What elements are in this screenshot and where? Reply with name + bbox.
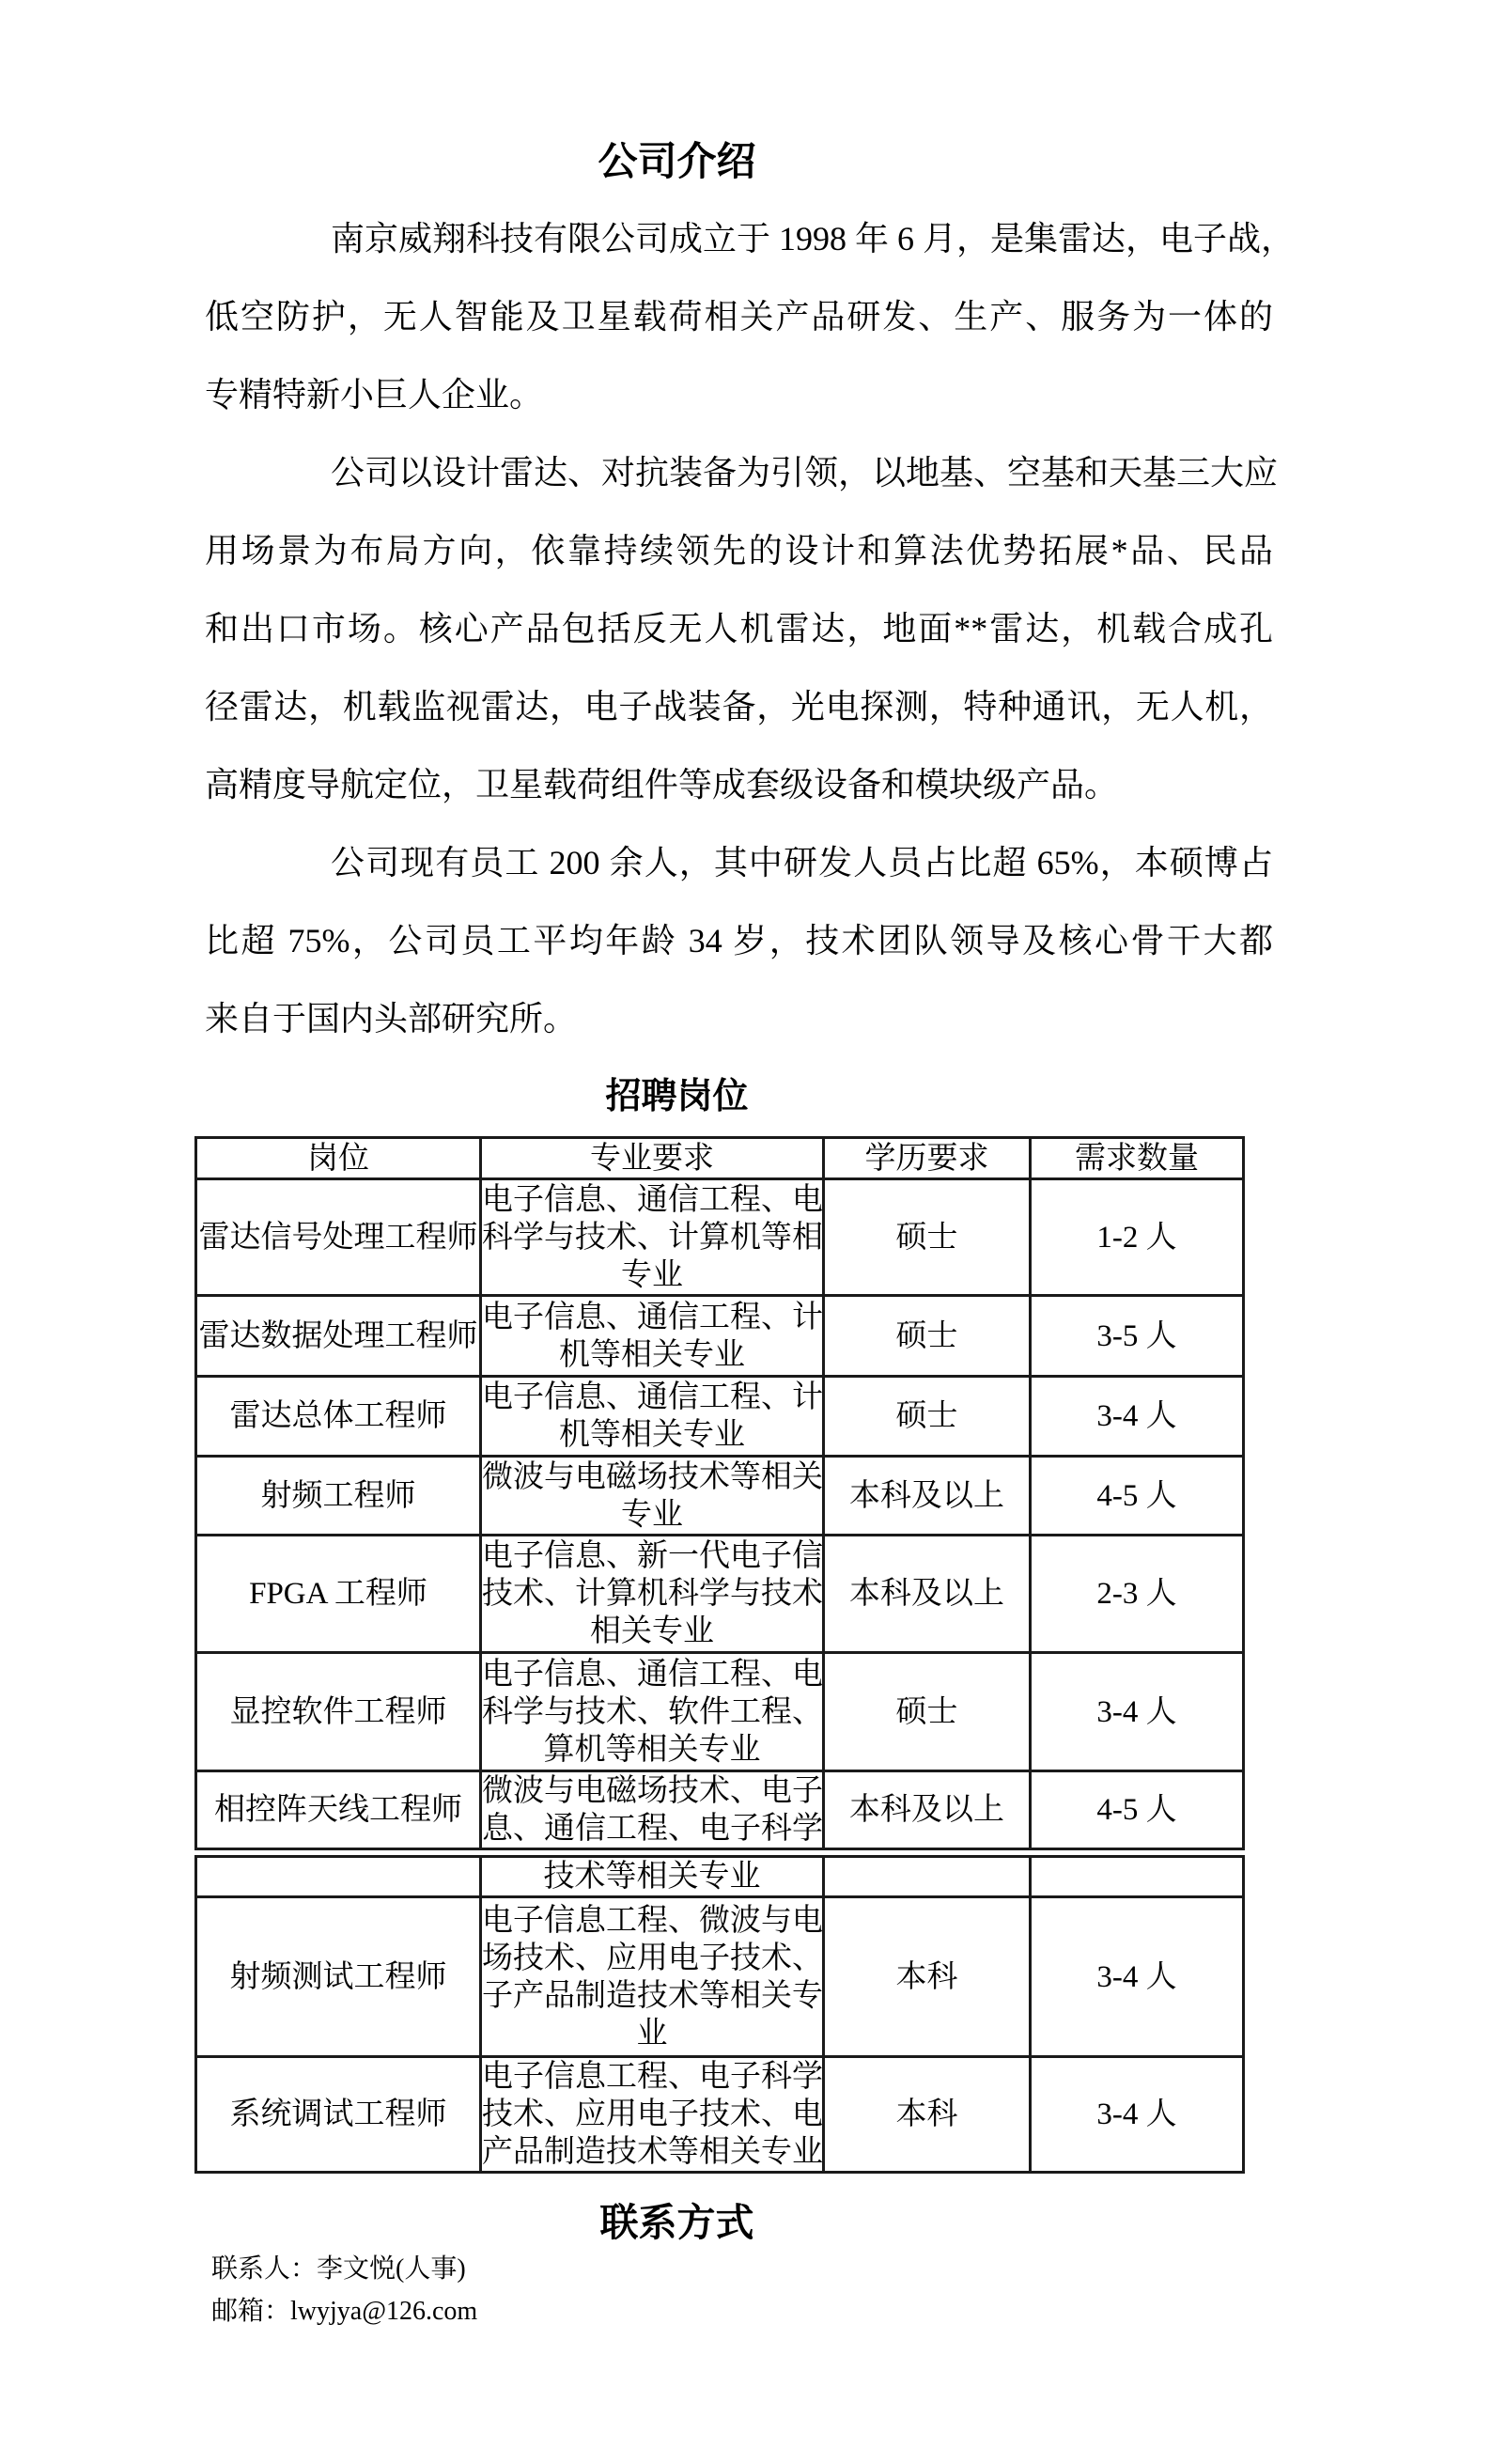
major-line: 相关专业 bbox=[482, 1613, 822, 1650]
major-line: 机等相关专业 bbox=[482, 1416, 822, 1454]
job-count: 3-5 人 bbox=[1031, 1296, 1244, 1377]
job-count: 3-4 人 bbox=[1031, 1897, 1244, 2057]
major-line: 电子信息工程、微波与电磁 bbox=[482, 1902, 822, 1940]
job-count: 3-4 人 bbox=[1031, 1377, 1244, 1457]
table-row: 雷达信号处理工程师 电子信息、通信工程、电子 科学与技术、计算机等相关 专业 硕… bbox=[196, 1179, 1244, 1296]
job-position: 显控软件工程师 bbox=[196, 1653, 481, 1771]
major-line: 科学与技术、计算机等相关 bbox=[482, 1219, 822, 1256]
jobs-section-heading: 招聘岗位 bbox=[143, 1058, 1211, 1136]
job-major: 电子信息、通信工程、电子 科学与技术、计算机等相关 专业 bbox=[481, 1179, 824, 1296]
job-degree: 本科 bbox=[824, 1897, 1031, 2057]
paragraph-line: 专精特新小巨人企业。 bbox=[205, 356, 1273, 434]
column-header-count: 需求数量 bbox=[1031, 1138, 1244, 1179]
job-major: 微波与电磁场技术、电子信 息、通信工程、电子科学与 bbox=[481, 1771, 824, 1849]
job-major: 技术等相关专业 bbox=[481, 1857, 824, 1897]
intro-paragraph-2: 公司以设计雷达、对抗装备为引领，以地基、空基和天基三大应 用场景为布局方向，依靠… bbox=[205, 434, 1273, 824]
major-line: 专业 bbox=[482, 1496, 822, 1534]
contact-person-label: 联系人： bbox=[211, 2254, 317, 2284]
table-row: FPGA 工程师 电子信息、新一代电子信息 技术、计算机科学与技术等 相关专业 … bbox=[196, 1536, 1244, 1653]
page-title: 公司介绍 bbox=[143, 122, 1211, 200]
major-line: 技术、计算机科学与技术等 bbox=[482, 1575, 822, 1613]
table-row: 雷达数据处理工程师 电子信息、通信工程、计算 机等相关专业 硕士 3-5 人 bbox=[196, 1296, 1244, 1377]
job-degree: 本科 bbox=[824, 2057, 1031, 2173]
job-degree: 硕士 bbox=[824, 1179, 1031, 1296]
major-line: 电子信息、通信工程、电子 bbox=[482, 1181, 822, 1219]
major-line: 机等相关专业 bbox=[482, 1336, 822, 1374]
table-row: 射频工程师 微波与电磁场技术等相关 专业 本科及以上 4-5 人 bbox=[196, 1457, 1244, 1536]
major-line: 算机等相关专业 bbox=[482, 1731, 822, 1769]
contact-person-value: 李文悦(人事) bbox=[317, 2254, 466, 2284]
major-line: 子产品制造技术等相关专 bbox=[482, 1977, 822, 2015]
job-position: FPGA 工程师 bbox=[196, 1536, 481, 1653]
major-line: 业 bbox=[482, 2015, 822, 2052]
job-count: 3-4 人 bbox=[1031, 1653, 1244, 1771]
major-line: 科学与技术、软件工程、计 bbox=[482, 1693, 822, 1731]
contact-email-value: lwyjya@126.com bbox=[290, 2297, 477, 2326]
job-position: 雷达总体工程师 bbox=[196, 1377, 481, 1457]
major-line: 电子信息、通信工程、计算 bbox=[482, 1379, 822, 1416]
job-degree: 本科及以上 bbox=[824, 1536, 1031, 1653]
table-header-row: 岗位 专业要求 学历要求 需求数量 bbox=[196, 1138, 1244, 1179]
paragraph-line: 低空防护，无人智能及卫星载荷相关产品研发、生产、服务为一体的 bbox=[205, 278, 1273, 356]
job-degree bbox=[824, 1857, 1031, 1897]
contact-email-label: 邮箱： bbox=[211, 2297, 290, 2326]
job-count: 2-3 人 bbox=[1031, 1536, 1244, 1653]
job-degree: 硕士 bbox=[824, 1653, 1031, 1771]
major-line: 微波与电磁场技术、电子信 bbox=[482, 1772, 822, 1810]
job-degree: 本科及以上 bbox=[824, 1457, 1031, 1536]
paragraph-line: 径雷达，机载监视雷达，电子战装备，光电探测，特种通讯，无人机， bbox=[205, 668, 1273, 746]
major-line: 电子信息工程、电子科学与 bbox=[482, 2058, 822, 2096]
job-count: 4-5 人 bbox=[1031, 1771, 1244, 1849]
paragraph-line: 公司以设计雷达、对抗装备为引领，以地基、空基和天基三大应 bbox=[205, 434, 1273, 512]
job-position: 射频工程师 bbox=[196, 1457, 481, 1536]
column-header-degree: 学历要求 bbox=[824, 1138, 1031, 1179]
job-count: 4-5 人 bbox=[1031, 1457, 1244, 1536]
table-row: 系统调试工程师 电子信息工程、电子科学与 技术、应用电子技术、电子 产品制造技术… bbox=[196, 2057, 1244, 2173]
major-line: 电子信息、通信工程、电子 bbox=[482, 1656, 822, 1693]
job-degree: 硕士 bbox=[824, 1296, 1031, 1377]
table-row: 雷达总体工程师 电子信息、通信工程、计算 机等相关专业 硕士 3-4 人 bbox=[196, 1377, 1244, 1457]
jobs-table-part-1: 岗位 专业要求 学历要求 需求数量 雷达信号处理工程师 电子信息、通信工程、电子… bbox=[194, 1136, 1245, 1850]
paragraph-line: 来自于国内头部研究所。 bbox=[205, 980, 1273, 1058]
table-row-continuation: 技术等相关专业 bbox=[196, 1857, 1244, 1897]
job-count: 3-4 人 bbox=[1031, 2057, 1244, 2173]
job-major: 电子信息、通信工程、计算 机等相关专业 bbox=[481, 1296, 824, 1377]
job-major: 电子信息工程、微波与电磁 场技术、应用电子技术、电 子产品制造技术等相关专 业 bbox=[481, 1897, 824, 2057]
paragraph-line: 高精度导航定位，卫星载荷组件等成套级设备和模块级产品。 bbox=[205, 746, 1273, 824]
table-row: 相控阵天线工程师 微波与电磁场技术、电子信 息、通信工程、电子科学与 本科及以上… bbox=[196, 1771, 1244, 1849]
major-line: 场技术、应用电子技术、电 bbox=[482, 1940, 822, 1977]
job-count bbox=[1031, 1857, 1244, 1897]
paragraph-line: 用场景为布局方向，依靠持续领先的设计和算法优势拓展*品、民品 bbox=[205, 512, 1273, 590]
job-position: 雷达信号处理工程师 bbox=[196, 1179, 481, 1296]
job-position: 相控阵天线工程师 bbox=[196, 1771, 481, 1849]
job-major: 微波与电磁场技术等相关 专业 bbox=[481, 1457, 824, 1536]
jobs-table-part-2: 技术等相关专业 射频测试工程师 电子信息工程、微波与电磁 场技术、应用电子技术、… bbox=[194, 1855, 1245, 2174]
column-header-major: 专业要求 bbox=[481, 1138, 824, 1179]
intro-paragraph-3: 公司现有员工 200 余人，其中研发人员占比超 65%，本硕博占 比超 75%，… bbox=[205, 824, 1273, 1058]
job-major: 电子信息、新一代电子信息 技术、计算机科学与技术等 相关专业 bbox=[481, 1536, 824, 1653]
job-degree: 硕士 bbox=[824, 1377, 1031, 1457]
major-line: 技术等相关专业 bbox=[482, 1858, 822, 1895]
job-major: 电子信息、通信工程、电子 科学与技术、软件工程、计 算机等相关专业 bbox=[481, 1653, 824, 1771]
contact-person-line: 联系人：李文悦(人事) bbox=[211, 2248, 477, 2290]
document-page: 公司介绍 南京威翔科技有限公司成立于 1998 年 6 月，是集雷达，电子战， … bbox=[0, 0, 1491, 2464]
paragraph-line: 南京威翔科技有限公司成立于 1998 年 6 月，是集雷达，电子战， bbox=[205, 200, 1273, 278]
contact-block: 联系人：李文悦(人事) 邮箱：lwyjya@126.com bbox=[211, 2248, 477, 2332]
major-line: 产品制造技术等相关专业 bbox=[482, 2133, 822, 2171]
paragraph-line: 和出口市场。核心产品包括反无人机雷达，地面**雷达，机载合成孔 bbox=[205, 590, 1273, 668]
intro-paragraph-1: 南京威翔科技有限公司成立于 1998 年 6 月，是集雷达，电子战， 低空防护，… bbox=[205, 200, 1273, 434]
job-major: 电子信息、通信工程、计算 机等相关专业 bbox=[481, 1377, 824, 1457]
paragraph-line: 公司现有员工 200 余人，其中研发人员占比超 65%，本硕博占 bbox=[205, 824, 1273, 902]
job-position: 雷达数据处理工程师 bbox=[196, 1296, 481, 1377]
job-position: 系统调试工程师 bbox=[196, 2057, 481, 2173]
table-row: 射频测试工程师 电子信息工程、微波与电磁 场技术、应用电子技术、电 子产品制造技… bbox=[196, 1897, 1244, 2057]
job-position: 射频测试工程师 bbox=[196, 1897, 481, 2057]
major-line: 技术、应用电子技术、电子 bbox=[482, 2096, 822, 2133]
job-major: 电子信息工程、电子科学与 技术、应用电子技术、电子 产品制造技术等相关专业 bbox=[481, 2057, 824, 2173]
major-line: 专业 bbox=[482, 1256, 822, 1294]
major-line: 电子信息、通信工程、计算 bbox=[482, 1299, 822, 1336]
major-line: 微波与电磁场技术等相关 bbox=[482, 1458, 822, 1496]
job-count: 1-2 人 bbox=[1031, 1179, 1244, 1296]
job-position bbox=[196, 1857, 481, 1897]
paragraph-line: 比超 75%，公司员工平均年龄 34 岁，技术团队领导及核心骨干大都 bbox=[205, 902, 1273, 980]
table-row: 显控软件工程师 电子信息、通信工程、电子 科学与技术、软件工程、计 算机等相关专… bbox=[196, 1653, 1244, 1771]
job-degree: 本科及以上 bbox=[824, 1771, 1031, 1849]
major-line: 电子信息、新一代电子信息 bbox=[482, 1537, 822, 1575]
major-line: 息、通信工程、电子科学与 bbox=[482, 1810, 822, 1848]
contact-email-line: 邮箱：lwyjya@126.com bbox=[211, 2290, 477, 2332]
column-header-position: 岗位 bbox=[196, 1138, 481, 1179]
